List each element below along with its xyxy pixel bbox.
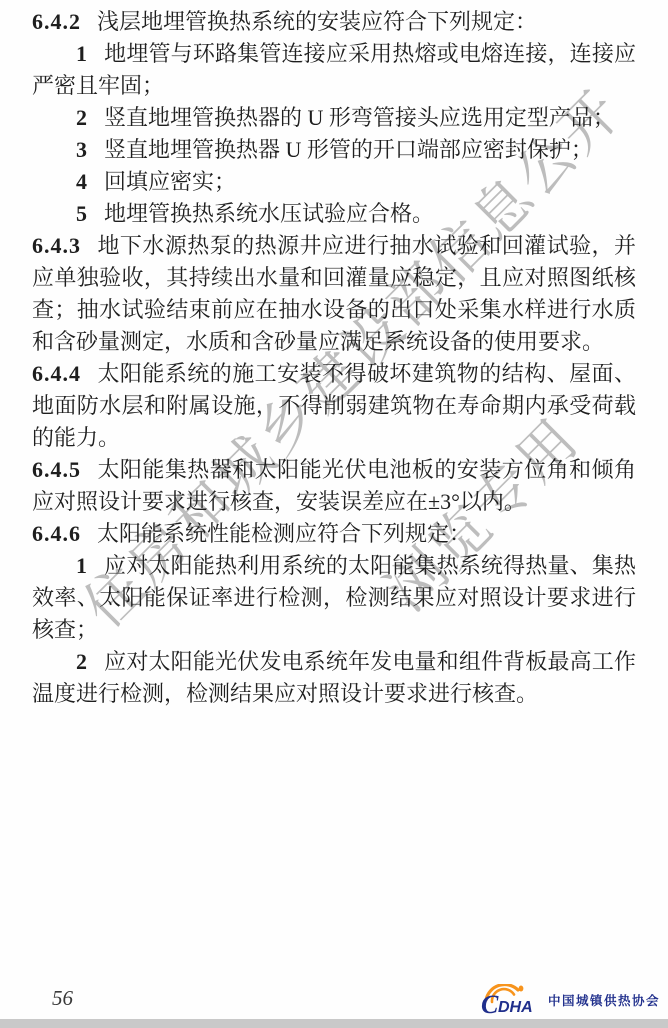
association-name: 中国城镇供热协会: [548, 991, 660, 1009]
paragraph-text: 太阳能系统性能检测应符合下列规定：: [97, 521, 471, 546]
clause-paragraph: 6.4.3地下水源热泵的热源井应进行抽水试验和回灌试验，并应单独验收，其持续出水…: [32, 230, 636, 358]
paragraph-number: 1: [76, 553, 88, 578]
paragraph-number: 5: [76, 201, 88, 226]
paragraph-text: 竖直地埋管换热器的 U 形弯管接头应选用定型产品；: [104, 105, 615, 130]
paragraph-number: 2: [76, 649, 88, 674]
paragraph-number: 2: [76, 105, 88, 130]
paragraph-text: 地下水源热泵的热源井应进行抽水试验和回灌试验，并应单独验收，其持续出水量和回灌量…: [32, 233, 636, 354]
paragraph-number: 3: [76, 137, 88, 162]
paragraph-number: 6.4.2: [32, 9, 81, 34]
document-body: 6.4.2浅层地埋管换热系统的安装应符合下列规定：1地埋管与环路集管连接应采用热…: [32, 6, 636, 710]
paragraph-text: 竖直地埋管换热器 U 形管的开口端部应密封保护；: [104, 137, 593, 162]
paragraph-text: 太阳能系统的施工安装不得破坏建筑物的结构、屋面、地面防水层和附属设施，不得削弱建…: [32, 361, 636, 450]
subitem-paragraph: 3竖直地埋管换热器 U 形管的开口端部应密封保护；: [32, 134, 636, 166]
paragraph-text: 应对太阳能热利用系统的太阳能集热系统得热量、集热效率、太阳能保证率进行检测，检测…: [32, 553, 636, 642]
subitem-paragraph: 2竖直地埋管换热器的 U 形弯管接头应选用定型产品；: [32, 102, 636, 134]
cdha-logo-icon: C DHA: [481, 984, 543, 1016]
subitem-paragraph: 1应对太阳能热利用系统的太阳能集热系统得热量、集热效率、太阳能保证率进行检测，检…: [32, 550, 636, 646]
paragraph-number: 6.4.6: [32, 521, 81, 546]
subitem-paragraph: 2应对太阳能光伏发电系统年发电量和组件背板最高工作温度进行检测，检测结果应对照设…: [32, 646, 636, 710]
paragraph-text: 地埋管与环路集管连接应采用热熔或电熔连接，连接应严密且牢固；: [32, 41, 636, 98]
paragraph-number: 6.4.4: [32, 361, 81, 386]
subitem-paragraph: 4回填应密实；: [32, 166, 636, 198]
paragraph-number: 6.4.3: [32, 233, 81, 258]
paragraph-number: 4: [76, 169, 88, 194]
paragraph-text: 地埋管换热系统水压试验应合格。: [104, 201, 434, 226]
page-bottom-edge: [0, 1019, 668, 1028]
paragraph-text: 太阳能集热器和太阳能光伏电池板的安装方位角和倾角应对照设计要求进行核查，安装误差…: [32, 457, 636, 514]
subitem-paragraph: 5地埋管换热系统水压试验应合格。: [32, 198, 636, 230]
association-logo: C DHA 中国城镇供热协会: [481, 984, 660, 1016]
paragraph-text: 回填应密实；: [104, 169, 236, 194]
paragraph-number: 1: [76, 41, 88, 66]
clause-paragraph: 6.4.2浅层地埋管换热系统的安装应符合下列规定：: [32, 6, 636, 38]
clause-paragraph: 6.4.6太阳能系统性能检测应符合下列规定：: [32, 518, 636, 550]
cdha-acronym: DHA: [498, 999, 533, 1016]
clause-paragraph: 6.4.4太阳能系统的施工安装不得破坏建筑物的结构、屋面、地面防水层和附属设施，…: [32, 358, 636, 454]
clause-paragraph: 6.4.5太阳能集热器和太阳能光伏电池板的安装方位角和倾角应对照设计要求进行核查…: [32, 454, 636, 518]
paragraph-text: 应对太阳能光伏发电系统年发电量和组件背板最高工作温度进行检测，检测结果应对照设计…: [32, 649, 636, 706]
paragraph-number: 6.4.5: [32, 457, 81, 482]
svg-text:C: C: [481, 990, 499, 1016]
paragraph-text: 浅层地埋管换热系统的安装应符合下列规定：: [97, 9, 537, 34]
page-number: 56: [52, 986, 73, 1011]
subitem-paragraph: 1地埋管与环路集管连接应采用热熔或电熔连接，连接应严密且牢固；: [32, 38, 636, 102]
